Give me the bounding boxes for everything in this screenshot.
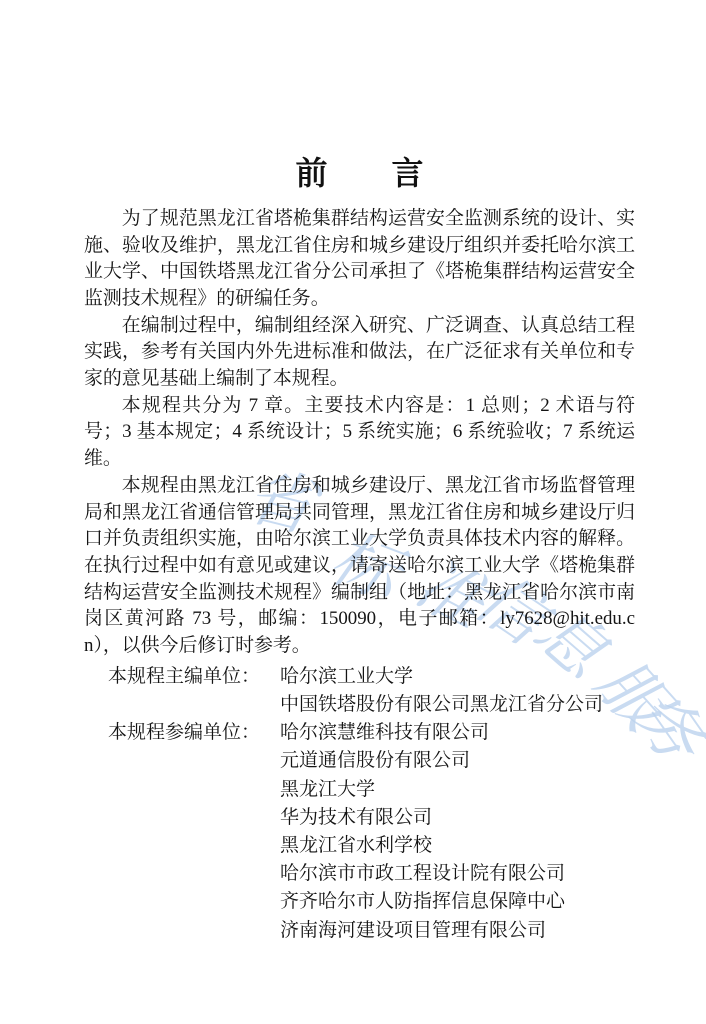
document-page: 省标准信息服务 前 言 为了规范黑龙江省塔桅集群结构运营安全监测系统的设计、实施… bbox=[0, 0, 706, 1024]
preface-content: 前 言 为了规范黑龙江省塔桅集群结构运营安全监测系统的设计、实施、验收及维护，黑… bbox=[84, 155, 635, 945]
chief-editor-label: 本规程主编单位： bbox=[108, 663, 280, 691]
paragraph: 本规程共分为 7 章。主要技术内容是：1 总则；2 术语与符号；3 基本规定；4… bbox=[84, 393, 635, 473]
editor-unit: 齐齐哈尔市人防指挥信息保障中心 bbox=[280, 888, 635, 916]
editor-row: 华为技术有限公司 bbox=[108, 804, 635, 832]
editor-unit: 黑龙江大学 bbox=[280, 776, 635, 804]
editor-unit: 中国铁塔股份有限公司黑龙江省分公司 bbox=[280, 691, 635, 719]
editor-row: 黑龙江大学 bbox=[108, 776, 635, 804]
editor-row: 元道通信股份有限公司 bbox=[108, 747, 635, 775]
editor-row: 中国铁塔股份有限公司黑龙江省分公司 bbox=[108, 691, 635, 719]
page-title: 前 言 bbox=[84, 155, 635, 192]
editor-row: 本规程参编单位： 哈尔滨慧维科技有限公司 bbox=[108, 719, 635, 747]
editor-row: 黑龙江省水利学校 bbox=[108, 832, 635, 860]
editor-unit: 哈尔滨慧维科技有限公司 bbox=[280, 719, 635, 747]
editor-unit: 华为技术有限公司 bbox=[280, 804, 635, 832]
editor-row: 本规程主编单位： 哈尔滨工业大学 bbox=[108, 663, 635, 691]
editors-section: 本规程主编单位： 哈尔滨工业大学 中国铁塔股份有限公司黑龙江省分公司 本规程参编… bbox=[108, 663, 635, 945]
editor-unit: 元道通信股份有限公司 bbox=[280, 747, 635, 775]
paragraph: 为了规范黑龙江省塔桅集群结构运营安全监测系统的设计、实施、验收及维护，黑龙江省住… bbox=[84, 206, 635, 313]
editor-row: 哈尔滨市市政工程设计院有限公司 bbox=[108, 860, 635, 888]
paragraph: 本规程由黑龙江省住房和城乡建设厅、黑龙江省市场监督管理局和黑龙江省通信管理局共同… bbox=[84, 473, 635, 660]
paragraph: 在编制过程中，编制组经深入研究、广泛调查、认真总结工程实践，参考有关国内外先进标… bbox=[84, 313, 635, 393]
editor-unit: 哈尔滨工业大学 bbox=[280, 663, 635, 691]
preface-body: 为了规范黑龙江省塔桅集群结构运营安全监测系统的设计、实施、验收及维护，黑龙江省住… bbox=[84, 206, 635, 660]
editor-row: 齐齐哈尔市人防指挥信息保障中心 bbox=[108, 888, 635, 916]
editor-unit: 济南海河建设项目管理有限公司 bbox=[280, 917, 635, 945]
editor-unit: 哈尔滨市市政工程设计院有限公司 bbox=[280, 860, 635, 888]
participant-editor-label: 本规程参编单位： bbox=[108, 719, 280, 747]
editor-unit: 黑龙江省水利学校 bbox=[280, 832, 635, 860]
editor-row: 济南海河建设项目管理有限公司 bbox=[108, 917, 635, 945]
